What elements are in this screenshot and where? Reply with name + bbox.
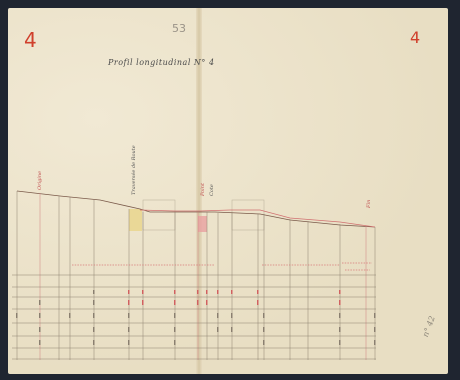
label-fin: Fin — [366, 200, 372, 208]
label-origine: Origine — [37, 171, 43, 190]
label-point: Point — [200, 183, 206, 196]
label-traversee: Traversée de Route — [131, 145, 137, 195]
label-cote: Cote — [209, 184, 215, 196]
profile-drawing — [0, 0, 460, 380]
